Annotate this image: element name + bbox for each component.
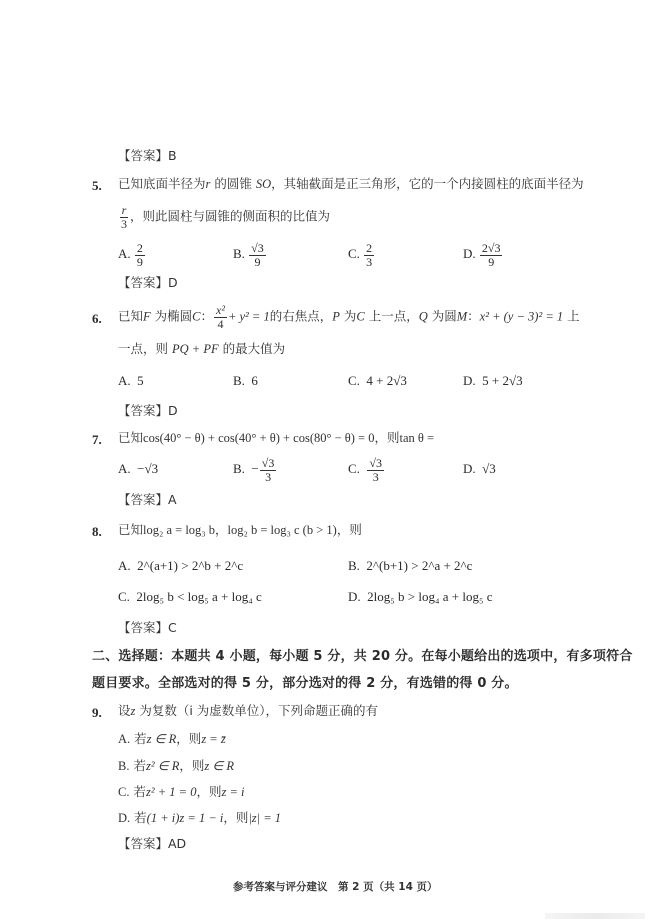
option-label: C.	[118, 785, 129, 799]
equation: x² + (y − 3)² = 1	[480, 310, 563, 324]
sign: −	[251, 461, 258, 476]
option-label: C.	[348, 373, 360, 388]
denominator: 4	[215, 318, 225, 331]
question-6-line-2: 一点，则 PQ + PF 的最大值为	[118, 343, 285, 356]
text: 若	[134, 810, 147, 825]
option-label: A.	[118, 373, 131, 388]
fraction: 23	[364, 242, 374, 268]
option-label: A.	[118, 558, 131, 573]
question-number-6: 6.	[92, 311, 102, 327]
var-P: P	[332, 310, 340, 324]
text: ，其轴截面是正三角形，它的一个内接圆柱的底面半径为	[271, 176, 584, 191]
option-label: D.	[463, 461, 476, 476]
conclusion: |z| = 1	[248, 811, 281, 825]
option-8-b: B. 2^(b+1) > 2^a + 2^c	[348, 559, 472, 572]
text: ，则	[176, 731, 201, 746]
text: 上一点，	[365, 309, 419, 324]
fraction: √39	[249, 242, 266, 268]
answer-q4: 【答案】B	[118, 150, 177, 163]
denominator: 3	[364, 256, 374, 269]
conclusion: z = i	[221, 785, 244, 799]
expression: cos(40° − θ) + cos(40° + θ) + cos(80° − …	[143, 431, 374, 445]
option-label: A.	[118, 732, 130, 746]
option-6-a: A. 5	[118, 374, 144, 387]
fraction: 29	[135, 242, 145, 268]
numerator: 2	[135, 242, 145, 256]
option-value: 2log₅ b < log₅ a + log₄ c	[136, 589, 261, 604]
question-number-7: 7.	[92, 432, 102, 448]
denominator: 3	[263, 471, 273, 484]
answer-q6: 【答案】D	[118, 405, 178, 418]
option-value: 5	[137, 373, 144, 388]
text: 若	[133, 758, 146, 773]
answer-text: 【答案】B	[118, 148, 177, 163]
var-SO: SO	[256, 177, 271, 191]
option-value: √3	[482, 461, 496, 476]
expression: tan θ =	[400, 431, 435, 445]
denominator: 3	[119, 218, 129, 231]
denominator: 9	[135, 256, 145, 269]
option-8-a: A. 2^(a+1) > 2^b + 2^c	[118, 559, 243, 572]
option-7-c: C. √33	[348, 457, 385, 483]
answer-q5: 【答案】D	[118, 277, 178, 290]
text: ，则	[196, 784, 221, 799]
text: 为圆	[428, 309, 457, 324]
option-value: 6	[251, 373, 258, 388]
option-9-d: D. 若(1 + i)z = 1 − i，则|z| = 1	[118, 812, 281, 825]
text: ，	[215, 522, 228, 537]
text: 的最大值为	[219, 341, 285, 356]
numerator: √3	[367, 457, 384, 471]
option-7-b: B. −√33	[233, 457, 277, 483]
option-value: 2log₅ b > log₄ a + log₅ c	[367, 589, 492, 604]
condition: z² ∈ R	[146, 759, 179, 773]
section-2-header-line-1: 二、选择题：本题共 4 小题，每小题 5 分，共 20 分。在每小题给出的选项中…	[92, 650, 633, 663]
condition: z² + 1 = 0	[146, 785, 196, 799]
option-5-a: A. 29	[118, 242, 146, 268]
answer-text: 【答案】D	[118, 275, 178, 290]
text: 的圆锥	[210, 176, 255, 191]
text: ：	[200, 309, 213, 324]
option-6-b: B. 6	[233, 374, 258, 387]
var-C: C	[356, 310, 364, 324]
option-value: 2^(a+1) > 2^b + 2^c	[137, 558, 243, 573]
option-value: −√3	[137, 461, 158, 476]
answer-text: 【答案】A	[118, 492, 177, 507]
text: 已知	[118, 430, 143, 445]
condition: z ∈ R	[147, 732, 177, 746]
numerator: 2	[364, 242, 374, 256]
option-8-c: C. 2log₅ b < log₅ a + log₄ c	[118, 590, 262, 603]
option-5-c: C. 23	[348, 242, 375, 268]
text: 的右焦点，	[270, 309, 333, 324]
text: ，则	[375, 430, 400, 445]
fraction: 2√39	[480, 242, 503, 268]
option-label: D.	[463, 246, 476, 261]
equation: + y² = 1	[228, 310, 270, 324]
fraction: √33	[260, 457, 277, 483]
watermark-decoration	[545, 913, 645, 919]
option-8-d: D. 2log₅ b > log₄ a + log₅ c	[348, 590, 493, 603]
option-5-d: D. 2√39	[463, 242, 503, 268]
option-label: D.	[463, 373, 476, 388]
option-label: B.	[118, 759, 129, 773]
option-label: C.	[348, 246, 360, 261]
text: 上	[563, 309, 579, 324]
option-6-c: C. 4 + 2√3	[348, 374, 407, 387]
text: 为复数（i 为虚数单位），下列命题正确的有	[135, 703, 378, 718]
denominator: 3	[371, 471, 381, 484]
question-5-line-2: r3，则此圆柱与圆锥的侧面积的比值为	[118, 204, 330, 230]
fraction-r-over-3: r3	[119, 204, 129, 230]
section-2-header-line-2: 题目要求。全部选对的得 5 分，部分选对的得 2 分，有选错的得 0 分。	[92, 677, 518, 690]
var-M: M	[457, 310, 467, 324]
option-label: A.	[118, 461, 131, 476]
question-9-line-1: 设z 为复数（i 为虚数单位），下列命题正确的有	[118, 705, 378, 718]
text: 为椭圆	[151, 309, 192, 324]
option-5-b: B. √39	[233, 242, 267, 268]
option-label: A.	[118, 246, 131, 261]
conclusion: z ∈ R	[204, 759, 234, 773]
text: ，则	[179, 758, 204, 773]
answer-q7: 【答案】A	[118, 494, 177, 507]
answer-text: 【答案】D	[118, 403, 178, 418]
text: 若	[133, 784, 146, 799]
question-number-9: 9.	[92, 705, 102, 721]
text: 为	[340, 309, 356, 324]
question-number-8: 8.	[92, 524, 102, 540]
text: 已知底面半径为	[118, 176, 206, 191]
option-value: 5 + 2√3	[482, 373, 522, 388]
numerator: 2√3	[480, 242, 503, 256]
question-number-5: 5.	[92, 178, 102, 194]
option-label: B.	[233, 246, 245, 261]
option-value: 2^(b+1) > 2^a + 2^c	[366, 558, 472, 573]
text: ：	[467, 309, 480, 324]
text: 设	[118, 703, 131, 718]
option-label: D.	[118, 811, 130, 825]
question-8-line-1: 已知log₂ a = log₃ b，log₂ b = log₃ c (b > 1…	[118, 524, 362, 537]
option-7-a: A. −√3	[118, 462, 158, 475]
text: 若	[134, 731, 147, 746]
option-9-a: A. 若z ∈ R，则z = z̄	[118, 733, 226, 746]
answer-text: 【答案】AD	[118, 836, 186, 851]
text: 已知	[118, 309, 143, 324]
var-F: F	[143, 310, 151, 324]
option-label: C.	[348, 461, 360, 476]
fraction: √33	[367, 457, 384, 483]
option-label: B.	[233, 461, 245, 476]
condition: (1 + i)z = 1 − i	[147, 811, 224, 825]
option-9-b: B. 若z² ∈ R，则z ∈ R	[118, 760, 234, 773]
answer-q9: 【答案】AD	[118, 838, 186, 851]
text: ，则此圆柱与圆锥的侧面积的比值为	[130, 209, 330, 224]
option-6-d: D. 5 + 2√3	[463, 374, 523, 387]
denominator: 9	[486, 256, 496, 269]
text: 一点，则	[118, 341, 172, 356]
option-9-c: C. 若z² + 1 = 0，则z = i	[118, 786, 245, 799]
numerator: x²	[214, 304, 227, 318]
option-label: C.	[118, 589, 130, 604]
text: 已知	[118, 522, 143, 537]
fraction-x2-over-4: x²4	[214, 304, 227, 330]
question-7-line-1: 已知cos(40° − θ) + cos(40° + θ) + cos(80° …	[118, 432, 434, 445]
denominator: 9	[252, 256, 262, 269]
option-value: 4 + 2√3	[366, 373, 406, 388]
var-Q: Q	[419, 310, 428, 324]
numerator: √3	[249, 242, 266, 256]
option-label: D.	[348, 589, 361, 604]
expression: log₂ b = log₃ c (b > 1)	[228, 523, 337, 537]
answer-q8: 【答案】C	[118, 622, 177, 635]
option-label: B.	[348, 558, 360, 573]
page-footer: 参考答案与评分建议 第 2 页（共 14 页）	[233, 882, 438, 893]
text: ，则	[337, 522, 362, 537]
numerator: r	[120, 204, 129, 218]
numerator: √3	[260, 457, 277, 471]
conclusion: z = z̄	[201, 732, 225, 746]
text: ，则	[223, 810, 248, 825]
option-7-d: D. √3	[463, 462, 496, 475]
question-6-line-1: 已知F 为椭圆C：x²4+ y² = 1的右焦点，P 为C 上一点，Q 为圆M：…	[118, 304, 580, 330]
answer-text: 【答案】C	[118, 620, 177, 635]
expression: log₂ a = log₃ b	[143, 523, 215, 537]
option-label: B.	[233, 373, 245, 388]
question-5-line-1: 已知底面半径为r 的圆锥 SO，其轴截面是正三角形，它的一个内接圆柱的底面半径为	[118, 178, 584, 191]
expression: PQ + PF	[172, 342, 219, 356]
